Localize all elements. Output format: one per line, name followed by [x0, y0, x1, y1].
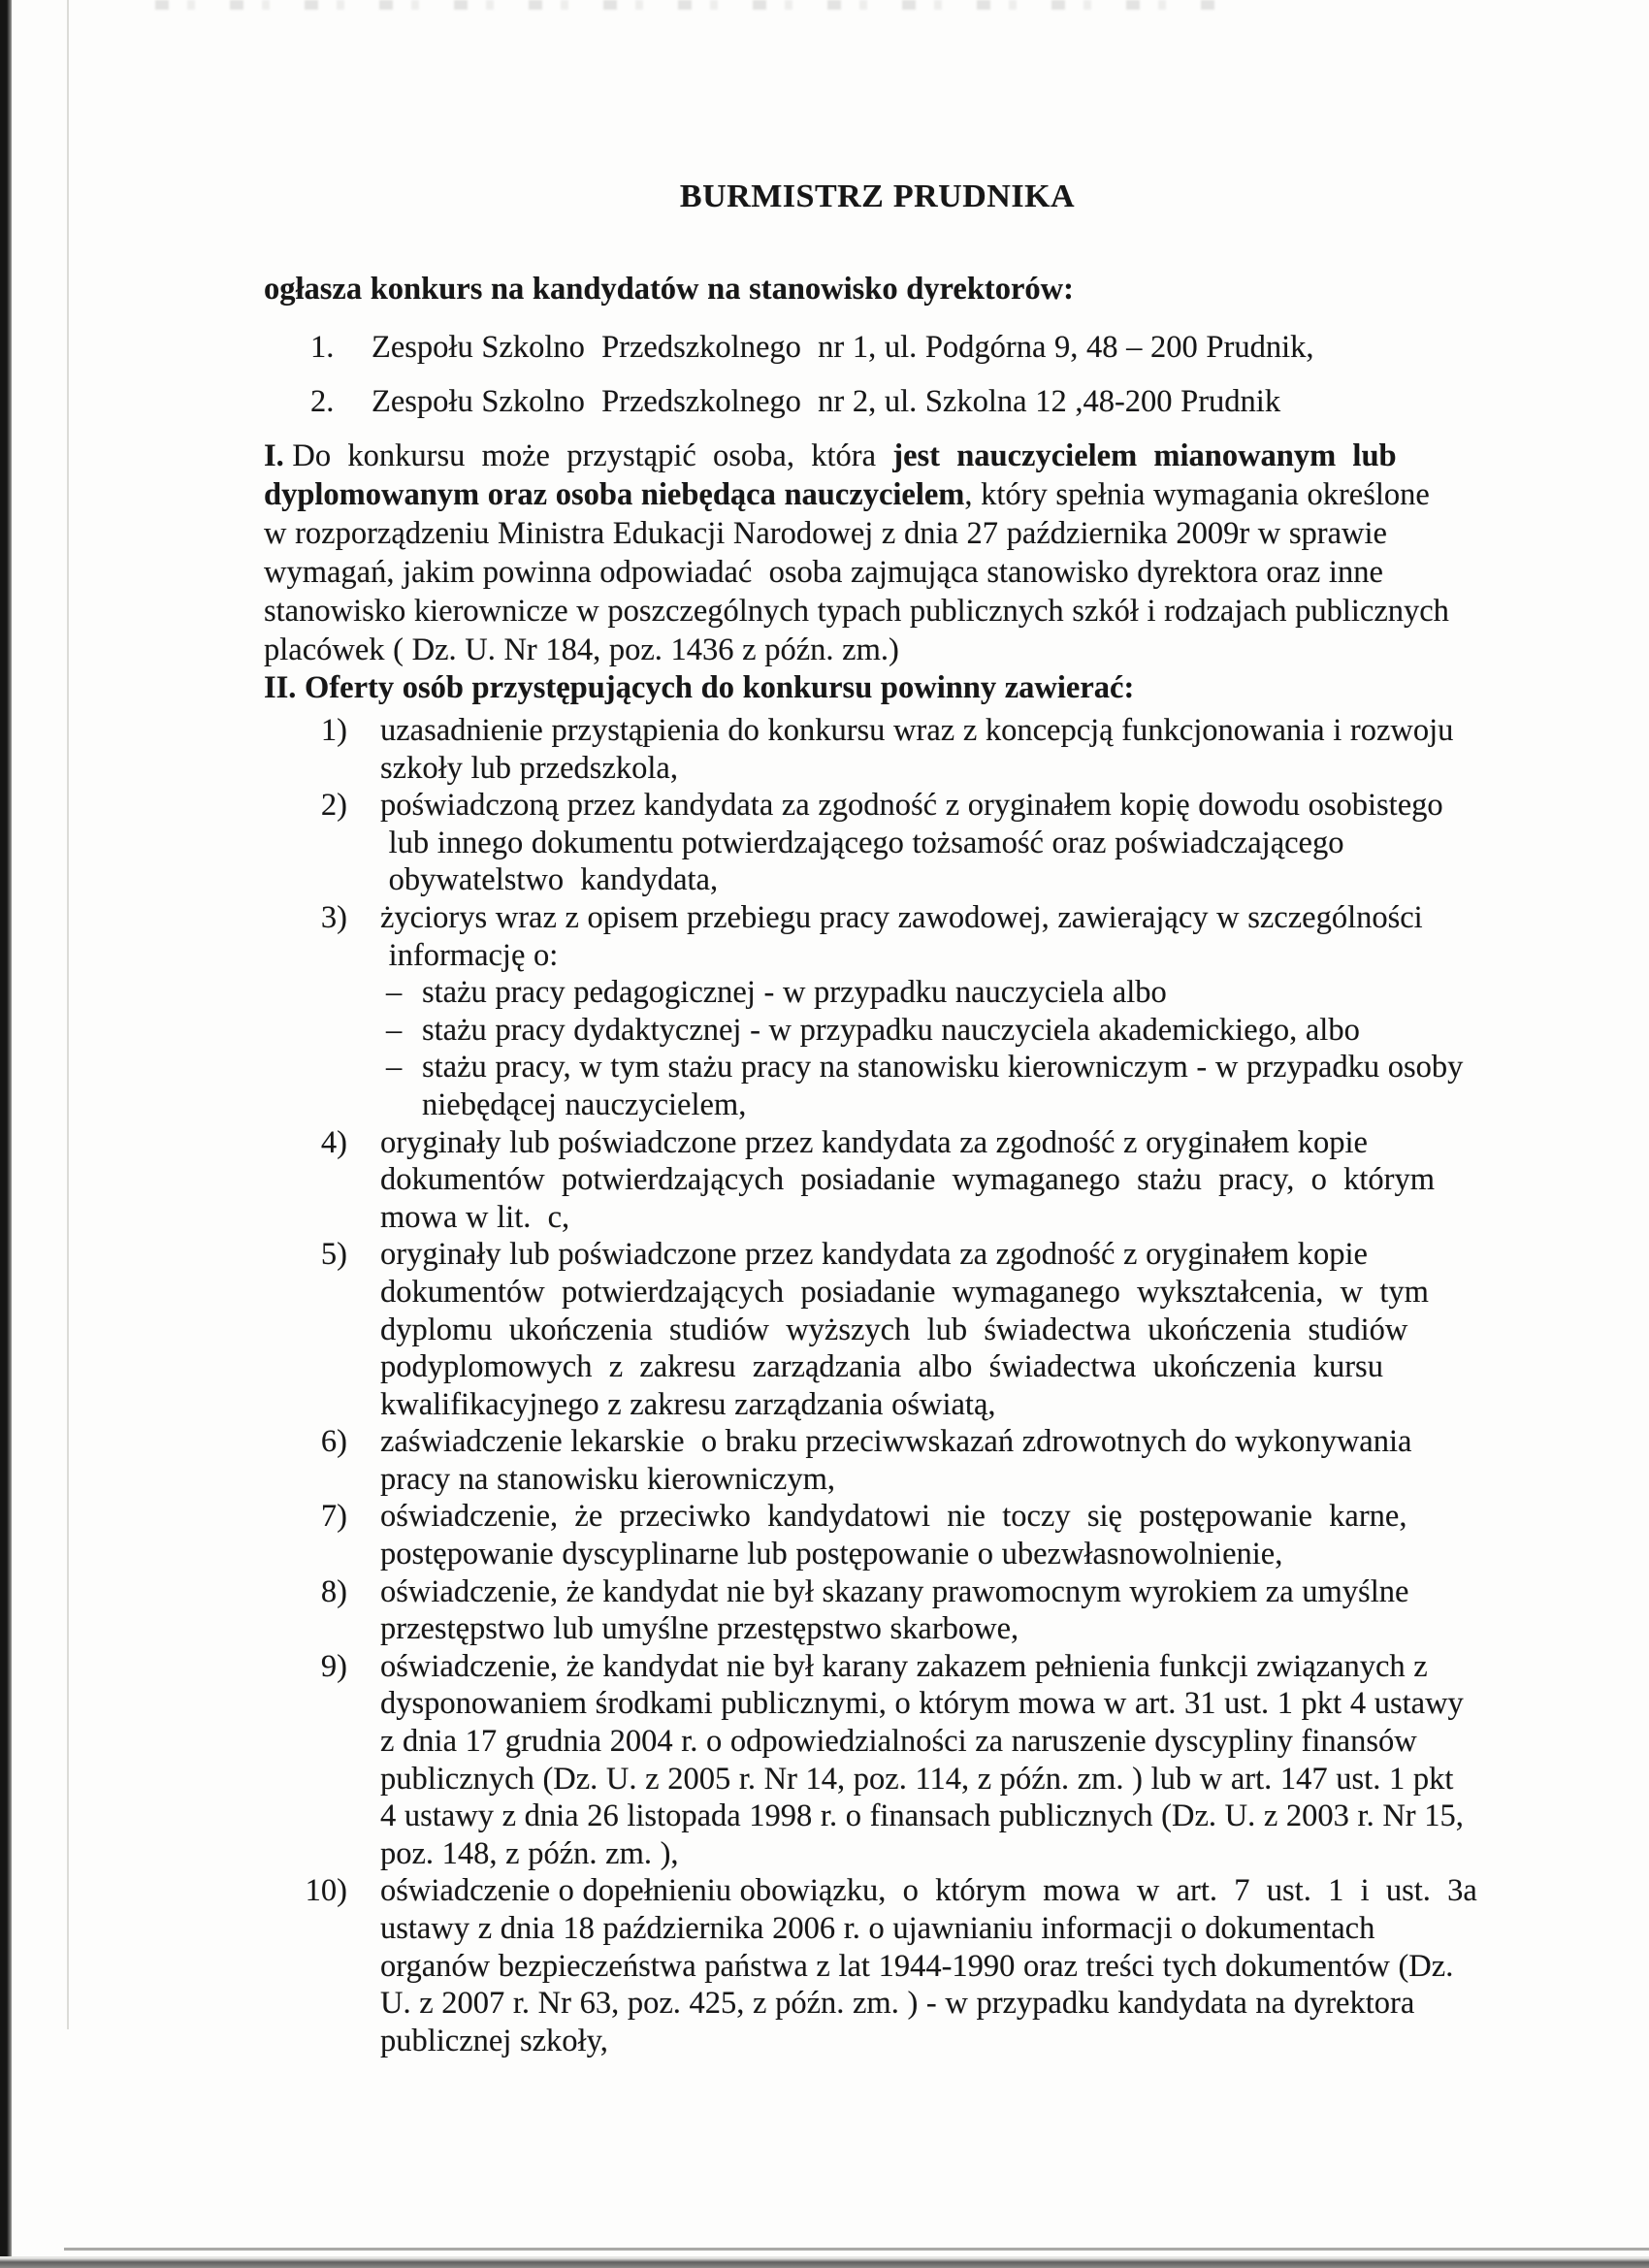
list-item-1: 1) uzasadnienie przystąpienia do konkurs… — [264, 712, 1491, 787]
document-content: BURMISTRZ PRUDNIKA ogłasza konkurs na ka… — [264, 178, 1491, 2059]
sub-item-text: stażu pracy dydaktycznej - w przypadku n… — [422, 1013, 1360, 1048]
school-list: 1. Zespołu Szkolno Przedszkolnego nr 1, … — [264, 328, 1491, 421]
list-item-text: zaświadczenie lekarskie o braku przeciww… — [380, 1424, 1411, 1497]
school-item-number: 1. — [310, 328, 334, 367]
list-item-text: oświadczenie, że kandydat nie był karany… — [380, 1649, 1464, 1871]
list-item-text: oryginały lub poświadczone przez kandyda… — [380, 1237, 1429, 1421]
dash-bullet: – — [386, 974, 402, 1012]
list-item-7: 7) oświadczenie, że przeciwko kandydatow… — [264, 1498, 1491, 1572]
list-item-5: 5) oryginały lub poświadczone przez kand… — [264, 1236, 1491, 1423]
list-item-text: uzasadnienie przystąpienia do konkursu w… — [380, 713, 1453, 786]
list-item-number: 1) — [264, 712, 347, 750]
scan-edge-bottom-strip — [0, 2256, 1649, 2268]
list-item-3: 3) życiorys wraz z opisem przebiegu prac… — [264, 899, 1491, 974]
list-item-number: 5) — [264, 1236, 347, 1274]
sub-item-text: stażu pracy, w tym stażu pracy na stanow… — [422, 1050, 1463, 1122]
list-item-text: oświadczenie o dopełnieniu obowiązku, o … — [380, 1873, 1477, 2057]
sub-item-dash-1: – stażu pracy pedagogicznej - w przypadk… — [264, 974, 1491, 1012]
list-item-number: 10) — [264, 1872, 347, 1910]
school-list-item: 1. Zespołu Szkolno Przedszkolnego nr 1, … — [264, 328, 1491, 367]
scanned-document-page: BURMISTRZ PRUDNIKA ogłasza konkurs na ka… — [0, 0, 1649, 2268]
dash-bullet: – — [386, 1049, 402, 1086]
list-item-6: 6) zaświadczenie lekarskie o braku przec… — [264, 1423, 1491, 1498]
page-edge-vertical-line — [67, 0, 69, 2029]
list-item-9: 9) oświadczenie, że kandydat nie był kar… — [264, 1648, 1491, 1873]
sub-item-text: stażu pracy pedagogicznej - w przypadku … — [422, 975, 1167, 1010]
list-item-8: 8) oświadczenie, że kandydat nie był ska… — [264, 1573, 1491, 1648]
page-edge-bottom-line — [64, 2248, 1649, 2251]
list-item-number: 6) — [264, 1423, 347, 1461]
list-item-text: poświadczoną przez kandydata za zgodność… — [380, 788, 1443, 897]
list-item-text: oryginały lub poświadczone przez kandyda… — [380, 1125, 1435, 1235]
list-item-number: 2) — [264, 787, 347, 825]
section-1-paragraph: I. Do konkursu może przystąpić osoba, kt… — [264, 437, 1491, 669]
list-item-text: oświadczenie, że przeciwko kandydatowi n… — [380, 1499, 1406, 1571]
scan-edge-left-strip — [0, 0, 12, 2268]
sub-item-dash-3: – stażu pracy, w tym stażu pracy na stan… — [264, 1049, 1491, 1123]
school-item-text: Zespołu Szkolno Przedszkolnego nr 2, ul.… — [372, 384, 1280, 419]
list-item-number: 8) — [264, 1573, 347, 1611]
list-item-number: 4) — [264, 1124, 347, 1162]
list-item-number: 7) — [264, 1498, 347, 1536]
list-item-text: życiorys wraz z opisem przebiegu pracy z… — [380, 900, 1423, 973]
requirements-list: 1) uzasadnienie przystąpienia do konkurs… — [264, 712, 1491, 2059]
scan-noise-top — [155, 0, 1222, 10]
school-item-text: Zespołu Szkolno Przedszkolnego nr 1, ul.… — [372, 330, 1314, 365]
list-item-4: 4) oryginały lub poświadczone przez kand… — [264, 1124, 1491, 1237]
section-1-label: I. — [264, 438, 284, 473]
list-item-number: 9) — [264, 1648, 347, 1686]
document-title: BURMISTRZ PRUDNIKA — [264, 178, 1491, 216]
dash-bullet: – — [386, 1012, 402, 1050]
list-item-10: 10) oświadczenie o dopełnieniu obowiązku… — [264, 1872, 1491, 2059]
list-item-2: 2) poświadczoną przez kandydata za zgodn… — [264, 787, 1491, 899]
school-item-number: 2. — [310, 382, 334, 421]
sub-item-dash-2: – stażu pracy dydaktycznej - w przypadku… — [264, 1012, 1491, 1050]
school-list-item: 2. Zespołu Szkolno Przedszkolnego nr 2, … — [264, 382, 1491, 421]
list-item-text: oświadczenie, że kandydat nie był skazan… — [380, 1574, 1408, 1647]
announcement-intro: ogłasza konkurs na kandydatów na stanowi… — [264, 272, 1491, 307]
list-item-number: 3) — [264, 899, 347, 937]
section-1-text-lead: Do konkursu może przystąpić osoba, która — [284, 438, 892, 473]
section-2-heading: II. Oferty osób przystępujących do konku… — [264, 669, 1491, 706]
